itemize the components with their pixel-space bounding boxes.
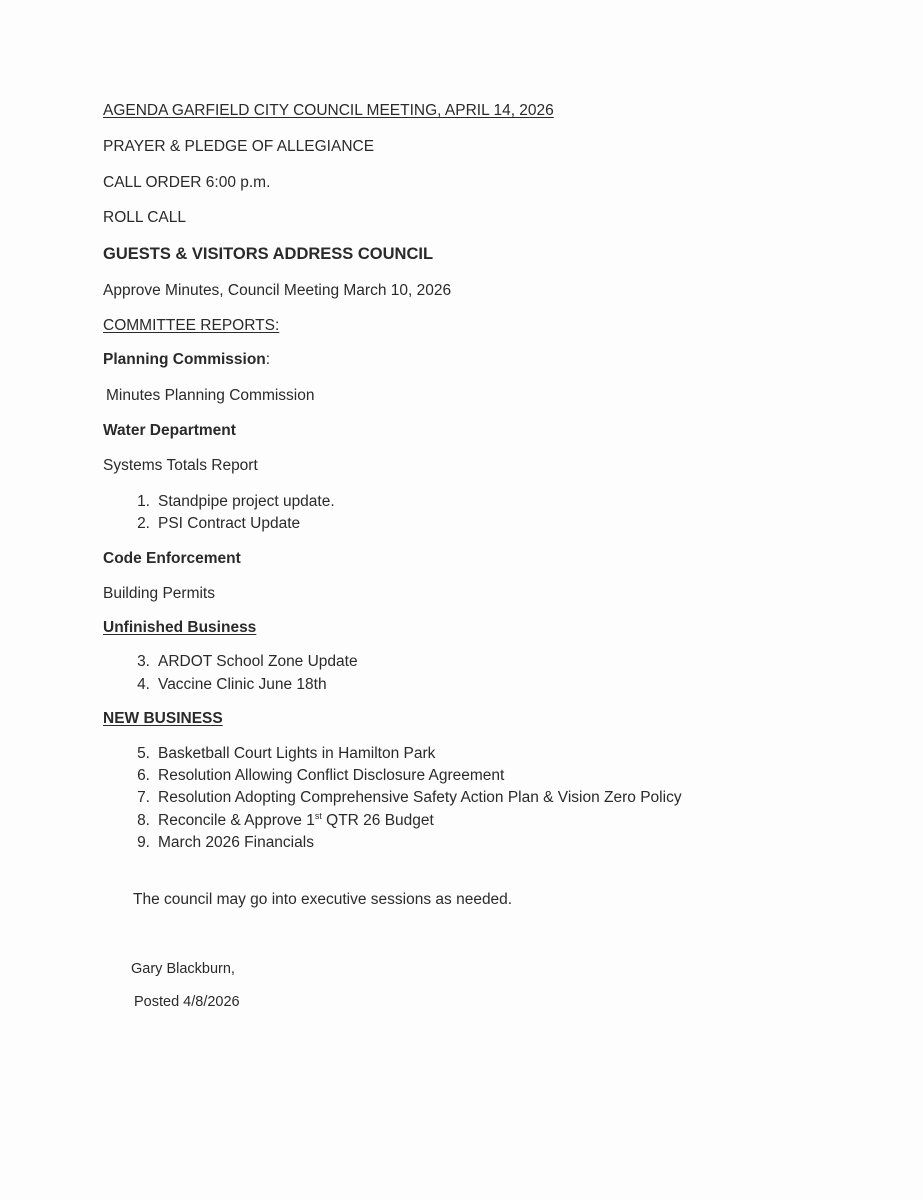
list-item: 6. Resolution Allowing Conflict Disclosu…: [130, 767, 830, 785]
approve-minutes: Approve Minutes, Council Meeting March 1…: [103, 282, 451, 300]
systems-totals-report: Systems Totals Report: [103, 457, 258, 475]
list-item: 8. Reconcile & Approve 1st QTR 26 Budget: [130, 812, 830, 830]
roll-call: ROLL CALL: [103, 209, 186, 227]
list-item: 1. Standpipe project update.: [130, 493, 830, 511]
call-order: CALL ORDER 6:00 p.m.: [103, 174, 270, 192]
list-item: 9. March 2026 Financials: [130, 834, 830, 852]
executive-session-note: The council may go into executive sessio…: [133, 891, 512, 909]
unfinished-business-heading: Unfinished Business: [103, 619, 256, 637]
water-department-heading: Water Department: [103, 422, 236, 440]
list-item: 5. Basketball Court Lights in Hamilton P…: [130, 745, 830, 763]
signature-name: Gary Blackburn,: [131, 960, 235, 978]
guests-heading: GUESTS & VISITORS ADDRESS COUNCIL: [103, 245, 433, 263]
posted-date: Posted 4/8/2026: [134, 993, 240, 1011]
planning-commission-label: Planning Commission: [103, 351, 266, 368]
agenda-title: AGENDA GARFIELD CITY COUNCIL MEETING, AP…: [103, 102, 554, 120]
planning-minutes: Minutes Planning Commission: [106, 387, 314, 405]
list-item: 7. Resolution Adopting Comprehensive Saf…: [130, 789, 830, 807]
planning-commission-heading: Planning Commission:: [103, 351, 270, 369]
new-business-heading: NEW BUSINESS: [103, 710, 223, 728]
list-item: 2. PSI Contract Update: [130, 515, 830, 533]
prayer-pledge: PRAYER & PLEDGE OF ALLEGIANCE: [103, 138, 374, 156]
list-item: 4. Vaccine Clinic June 18th: [130, 676, 830, 694]
planning-colon: :: [266, 351, 270, 368]
building-permits: Building Permits: [103, 585, 215, 603]
committee-reports-heading: COMMITTEE REPORTS:: [103, 317, 279, 335]
list-item: 3. ARDOT School Zone Update: [130, 653, 830, 671]
agenda-page: AGENDA GARFIELD CITY COUNCIL MEETING, AP…: [0, 0, 923, 1200]
code-enforcement-heading: Code Enforcement: [103, 550, 241, 568]
